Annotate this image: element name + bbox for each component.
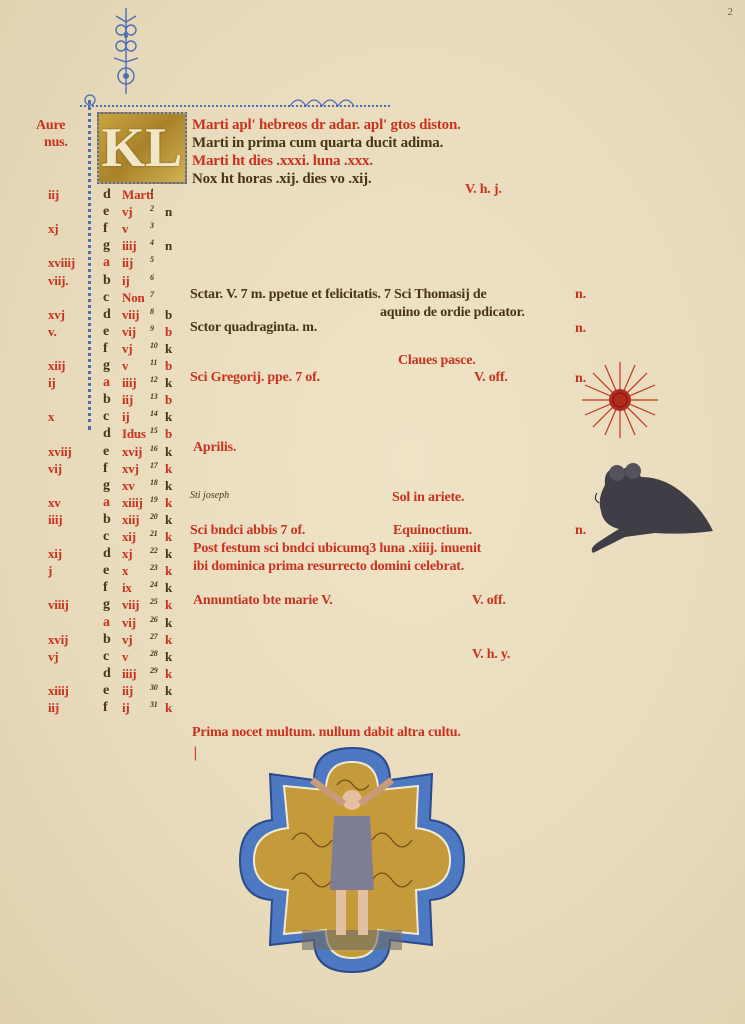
- dominical-letter: d: [103, 666, 111, 682]
- roman-day: vj: [122, 632, 132, 648]
- roman-day: iiij: [122, 375, 136, 391]
- kl-mark: k: [165, 649, 172, 665]
- header-line-2: Marti in prima cum quarta ducit adima.: [192, 134, 443, 153]
- kl-mark: k: [165, 632, 172, 648]
- arabic-day-number: 14: [150, 409, 158, 418]
- golden-number: xv: [48, 495, 88, 511]
- kl-mark: b: [165, 307, 172, 323]
- header-left-label-1: Aure: [36, 118, 65, 134]
- header-line-1: Marti apl' hebreos dr adar. apl' gtos di…: [192, 116, 461, 135]
- dominical-letter: f: [103, 341, 107, 357]
- kl-mark: n: [165, 204, 172, 220]
- entry-equinoctium: Equinoctium.: [393, 523, 472, 539]
- dominical-letter: d: [103, 307, 111, 323]
- roman-day: xvij: [122, 444, 142, 460]
- entry-mar7-line1: Sctar. V. 7 m. ppetue et felicitatis. 7 …: [190, 287, 486, 303]
- dominical-letter: c: [103, 529, 109, 545]
- arabic-day-number: 10: [150, 341, 158, 350]
- arabic-day-number: 21: [150, 529, 158, 538]
- dominical-letter: a: [103, 255, 110, 271]
- header-left-label-2: nus.: [44, 135, 68, 151]
- dominical-letter: g: [103, 358, 110, 374]
- golden-number: xvj: [48, 307, 88, 323]
- roman-day: ij: [122, 273, 130, 289]
- roman-day: xvj: [122, 461, 139, 477]
- kl-mark: k: [165, 478, 172, 494]
- kl-mark: k: [165, 341, 172, 357]
- arabic-day-number: 4: [150, 238, 154, 247]
- kl-mark: k: [165, 495, 172, 511]
- roman-day: iiij: [122, 666, 136, 682]
- roman-day: v: [122, 221, 128, 237]
- kl-mark: k: [165, 700, 172, 716]
- roman-day: vj: [122, 204, 132, 220]
- kl-mark: k: [165, 580, 172, 596]
- roman-day: xv: [122, 478, 135, 494]
- entry-mar9: Sctor quadraginta. m.: [190, 320, 317, 336]
- arabic-day-number: 1: [150, 187, 154, 196]
- dominical-letter: e: [103, 683, 109, 699]
- dominical-letter: c: [103, 409, 109, 425]
- kl-mark: k: [165, 409, 172, 425]
- dominical-letter: e: [103, 444, 109, 460]
- kl-mark: n: [165, 238, 172, 254]
- roman-day: vij: [122, 324, 136, 340]
- kl-mark: b: [165, 392, 172, 408]
- roman-day: iij: [122, 683, 133, 699]
- arabic-day-number: 15: [150, 426, 158, 435]
- roman-day: viij: [122, 307, 139, 323]
- arabic-day-number: 22: [150, 546, 158, 555]
- golden-number: xviij: [48, 444, 88, 460]
- arabic-day-number: 2: [150, 204, 154, 213]
- kl-mark: k: [165, 563, 172, 579]
- entry-annunciation: Annuntiato bte marie V.: [193, 593, 333, 609]
- golden-number: vj: [48, 649, 88, 665]
- entry-claues-pasce: Claues pasce.: [398, 353, 476, 369]
- roman-day: xiiij: [122, 495, 143, 511]
- entry-mar28-note: V. h. y.: [472, 647, 510, 663]
- arabic-day-number: 7: [150, 290, 154, 299]
- kl-mark: b: [165, 358, 172, 374]
- arabic-day-number: 30: [150, 683, 158, 692]
- dominical-letter: a: [103, 615, 110, 631]
- arabic-day-number: 28: [150, 649, 158, 658]
- golden-number: v.: [48, 324, 88, 340]
- arabic-day-number: 9: [150, 324, 154, 333]
- golden-number: iij: [48, 700, 88, 716]
- dominical-letter: d: [103, 187, 111, 203]
- roman-day: iiij: [122, 238, 136, 254]
- golden-number: iiij: [48, 512, 88, 528]
- roman-day: ix: [122, 580, 132, 596]
- golden-number: viiij: [48, 597, 88, 613]
- arabic-day-number: 6: [150, 273, 154, 282]
- arabic-day-number: 24: [150, 580, 158, 589]
- roman-day: vj: [122, 341, 132, 357]
- dominical-letter: b: [103, 632, 111, 648]
- arabic-day-number: 5: [150, 255, 154, 264]
- arabic-day-number: 27: [150, 632, 158, 641]
- dominical-letter: g: [103, 597, 110, 613]
- entry-mar22-line2: ibi dominica prima resurrecto domini cel…: [193, 559, 464, 575]
- golden-number: vij: [48, 461, 88, 477]
- golden-number: iij: [48, 187, 88, 203]
- entry-mar9-rank: n.: [575, 321, 586, 337]
- entry-sti-joseph-added: Sti joseph: [190, 490, 229, 501]
- dominical-letter: a: [103, 495, 110, 511]
- golden-number: x: [48, 409, 88, 425]
- kl-mark: k: [165, 529, 172, 545]
- golden-number: ij: [48, 375, 88, 391]
- golden-number: xij: [48, 546, 88, 562]
- arabic-day-number: 13: [150, 392, 158, 401]
- roman-day: vij: [122, 615, 136, 631]
- roman-day: ij: [122, 700, 130, 716]
- roman-day: viij: [122, 597, 139, 613]
- entry-mar25-office: V. off.: [472, 593, 506, 609]
- dominical-letter: g: [103, 238, 110, 254]
- kl-mark: k: [165, 461, 172, 477]
- entry-mar12-office: V. off.: [474, 370, 508, 386]
- roman-day: xij: [122, 529, 136, 545]
- dominical-letter: f: [103, 461, 107, 477]
- arabic-day-number: 23: [150, 563, 158, 572]
- kl-mark: k: [165, 546, 172, 562]
- entry-mar22-line1: Post festum sci bndci ubicumq3 luna .xii…: [193, 541, 481, 557]
- march-medallion-horn-blower-icon: [232, 740, 472, 980]
- roman-day: Idus: [122, 426, 146, 442]
- header-right-note: V. h. j.: [465, 182, 502, 198]
- illuminated-initial-kl: KL: [97, 112, 187, 184]
- entry-mar12: Sci Gregorij. ppe. 7 of.: [190, 370, 320, 386]
- roman-day: v: [122, 649, 128, 665]
- dominical-letter: g: [103, 478, 110, 494]
- kl-mark: k: [165, 375, 172, 391]
- kl-mark: k: [165, 666, 172, 682]
- golden-number: xviiij: [48, 255, 88, 271]
- dominical-letter: c: [103, 649, 109, 665]
- golden-number: viij.: [48, 273, 88, 289]
- arabic-day-number: 19: [150, 495, 158, 504]
- roman-day: v: [122, 358, 128, 374]
- kl-mark: k: [165, 512, 172, 528]
- kl-mark: k: [165, 615, 172, 631]
- roman-day: ij: [122, 409, 130, 425]
- arabic-day-number: 20: [150, 512, 158, 521]
- roman-day: iij: [122, 392, 133, 408]
- golden-number: xvij: [48, 632, 88, 648]
- roman-day: iij: [122, 255, 133, 271]
- header-line-4: Nox ht horas .xij. dies vo .xij.: [192, 170, 371, 189]
- pen-flourish-top-icon: [80, 94, 392, 110]
- arabic-day-number: 16: [150, 444, 158, 453]
- dominical-letter: d: [103, 426, 111, 442]
- arabic-day-number: 11: [150, 358, 157, 367]
- kl-mark: b: [165, 426, 172, 442]
- dominical-letter: e: [103, 324, 109, 340]
- dominical-letter: b: [103, 273, 111, 289]
- golden-number: xj: [48, 221, 88, 237]
- dominical-letter: b: [103, 392, 111, 408]
- entry-mar7-rank: n.: [575, 287, 586, 303]
- entry-mar21: Sci bndci abbis 7 of.: [190, 523, 305, 539]
- golden-number: xiiij: [48, 683, 88, 699]
- dominical-letter: e: [103, 204, 109, 220]
- dominical-letter: d: [103, 546, 111, 562]
- manuscript-page: 2 KL Aure nus. Marti apl' hebreos dr ada…: [0, 0, 745, 1024]
- sun-icon: [580, 360, 660, 440]
- kl-mark: k: [165, 597, 172, 613]
- dominical-letter: b: [103, 512, 111, 528]
- roman-day: xj: [122, 546, 132, 562]
- roman-day: x: [122, 563, 128, 579]
- arabic-day-number: 25: [150, 597, 158, 606]
- roman-day: Non: [122, 290, 145, 306]
- entry-sol-in-ariete: Sol in ariete.: [392, 490, 464, 506]
- roman-day: Marti: [122, 187, 153, 203]
- dominical-letter: f: [103, 580, 107, 596]
- footer-verse: Prima nocet multum. nullum dabit altra c…: [192, 725, 461, 741]
- aries-ram-icon: [585, 455, 715, 555]
- entry-aprilis: Aprilis.: [193, 440, 236, 456]
- dominical-letter: e: [103, 563, 109, 579]
- golden-number: j: [48, 563, 88, 579]
- arabic-day-number: 26: [150, 615, 158, 624]
- arabic-day-number: 29: [150, 666, 158, 675]
- arabic-day-number: 18: [150, 478, 158, 487]
- arabic-day-number: 31: [150, 700, 158, 709]
- header-line-3: Marti ht dies .xxxi. luna .xxx.: [192, 152, 373, 171]
- paragraph-mark: |: [193, 745, 198, 761]
- arabic-day-number: 17: [150, 461, 158, 470]
- arabic-day-number: 8: [150, 307, 154, 316]
- kl-mark: k: [165, 683, 172, 699]
- pen-flourish-vertical-icon: [112, 6, 140, 96]
- golden-number: xiij: [48, 358, 88, 374]
- kl-mark: b: [165, 324, 172, 340]
- dominical-letter: f: [103, 700, 107, 716]
- dominical-letter: a: [103, 375, 110, 391]
- roman-day: xiij: [122, 512, 139, 528]
- arabic-day-number: 3: [150, 221, 154, 230]
- entry-mar7-line2: aquino de ordie pdicator.: [380, 305, 525, 321]
- dominical-letter: f: [103, 221, 107, 237]
- arabic-day-number: 12: [150, 375, 158, 384]
- kl-mark: k: [165, 444, 172, 460]
- dominical-letter: c: [103, 290, 109, 306]
- folio-number: 2: [728, 6, 734, 18]
